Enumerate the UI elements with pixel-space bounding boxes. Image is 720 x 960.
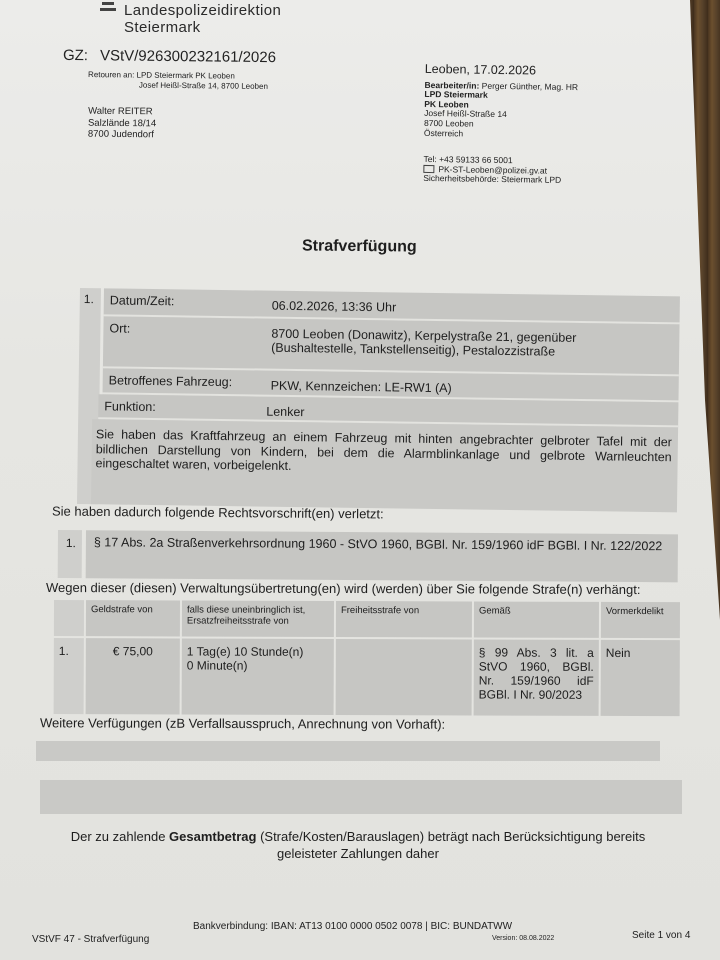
col-fine: Geldstrafe von € 75,00 — [86, 600, 182, 714]
header-record-offense: Vormerkdelikt — [601, 602, 680, 638]
agency-name: Landespolizeidirektion Steiermark — [124, 2, 281, 36]
return-address-line: Josef Heißl-Straße 14, 8700 Leoben — [88, 80, 268, 92]
penalty-table: 1. Geldstrafe von € 75,00 falls diese un… — [54, 600, 682, 716]
vehicle-value: PKW, Kennzeichen: LE-RW1 (A) — [271, 379, 452, 396]
offense-row-location: Ort: 8700 Leoben (Donawitz), Kerpelystra… — [103, 316, 680, 376]
location-line-2: (Bushaltestelle, Tankstellenseitig), Pes… — [271, 341, 555, 359]
header-fine: Geldstrafe von — [86, 600, 180, 636]
page-number: Seite 1 von 4 — [632, 930, 690, 941]
sender-authority: Sicherheitsbehörde: Steiermark LPD — [423, 174, 577, 186]
total-suffix: (Strafe/Kosten/Barauslagen) beträgt nach… — [256, 829, 645, 844]
header-number — [54, 600, 84, 636]
location-value: 8700 Leoben (Donawitz), Kerpelystraße 21… — [271, 327, 576, 359]
function-label: Funktion: — [104, 399, 156, 414]
cell-record-offense: Nein — [601, 640, 680, 716]
substitute-line-2: 0 Minute(n) — [187, 658, 329, 672]
penalties-label: Wegen dieser (diesen) Verwaltungsübertre… — [46, 580, 641, 597]
recipient-name: Walter REITER — [88, 106, 156, 118]
violation-item: 1. § 17 Abs. 2a Straßenverkehrsordnung 1… — [58, 530, 678, 582]
violations-label: Sie haben dadurch folgende Rechtsvorschr… — [52, 504, 384, 522]
header-substitute: falls diese uneinbringlich ist, Ersatzfr… — [182, 600, 334, 637]
header-imprisonment: Freiheitsstrafe von — [336, 601, 472, 637]
offense-description-text: Sie haben das Kraftfahrzeug an einem Fah… — [95, 427, 672, 479]
legal-basis-line: Nr. 159/1960 idF — [479, 673, 594, 687]
total-line-2: geleisteter Zahlungen daher — [277, 846, 439, 861]
total-amount-statement: Der zu zahlende Gesamtbetrag (Strafe/Kos… — [38, 828, 678, 862]
recipient-address: Walter REITER Salzlände 18/14 8700 Juden… — [88, 106, 156, 141]
col-number: 1. — [54, 600, 86, 714]
cell-substitute: 1 Tag(e) 10 Stunde(n) 0 Minute(n) — [182, 638, 334, 715]
file-reference: GZ:VStV/926300232161/2026 — [63, 47, 276, 66]
datetime-value: 06.02.2026, 13:36 Uhr — [272, 299, 397, 315]
location-label: Ort: — [109, 321, 130, 335]
cell-number: 1. — [54, 638, 84, 714]
substitute-line-1: 1 Tag(e) 10 Stunde(n) — [187, 644, 329, 658]
document-page: Landespolizeidirektion Steiermark Z 9831… — [0, 0, 720, 960]
place-date: Leoben, 17.02.2026 — [425, 65, 579, 77]
recipient-street: Salzlände 18/14 — [88, 117, 156, 129]
gz-value: VStV/926300232161/2026 — [100, 47, 276, 66]
clerk-name: Perger Günther, Mag. HR — [482, 80, 579, 91]
agency-line-1: Landespolizeidirektion — [124, 2, 281, 19]
agency-line-2: Steiermark — [124, 19, 281, 36]
legal-basis-line: BGBl. I Nr. 90/2023 — [479, 687, 594, 701]
col-substitute: falls diese uneinbringlich ist, Ersatzfr… — [182, 600, 336, 715]
cell-fine: € 75,00 — [86, 638, 180, 714]
function-value: Lenker — [266, 405, 304, 420]
offense-details: 1. Datum/Zeit: 06.02.2026, 13:36 Uhr Ort… — [77, 288, 680, 512]
total-prefix: Der zu zahlende — [71, 829, 169, 844]
col-imprisonment: Freiheitsstrafe von — [336, 601, 474, 715]
cell-legal-basis: § 99 Abs. 3 lit. a StVO 1960, BGBl. Nr. … — [474, 639, 599, 715]
document-title: Strafverfügung — [302, 238, 417, 257]
col-legal-basis: Gemäß § 99 Abs. 3 lit. a StVO 1960, BGBl… — [474, 601, 601, 715]
offense-description: Sie haben das Kraftfahrzeug an einem Fah… — [91, 419, 678, 512]
col-record-offense: Vormerkdelikt Nein — [601, 602, 682, 716]
gz-label: GZ: — [63, 47, 88, 64]
violation-number: 1. — [58, 530, 82, 578]
form-id: VStVF 47 - Strafverfügung — [32, 934, 149, 945]
cell-imprisonment — [336, 639, 472, 715]
further-orders-field-2 — [40, 780, 682, 814]
vehicle-label: Betroffenes Fahrzeug: — [109, 373, 233, 389]
recipient-city: 8700 Judendorf — [88, 129, 156, 141]
sender-info: Leoben, 17.02.2026 Bearbeiter/in: Perger… — [423, 65, 578, 186]
further-orders-label: Weitere Verfügungen (zB Verfallsausspruc… — [40, 715, 445, 731]
austria-logo-icon — [100, 2, 116, 14]
legal-basis-line: StVO 1960, BGBl. — [479, 659, 594, 673]
return-address: Retouren an: LPD Steiermark PK Leoben Jo… — [88, 70, 268, 92]
violation-text: § 17 Abs. 2a Straßenverkehrsordnung 1960… — [86, 530, 678, 582]
form-version: Version: 08.08.2022 — [492, 935, 554, 942]
email-icon — [423, 165, 434, 173]
header-legal-basis: Gemäß — [474, 601, 599, 637]
bank-details: Bankverbindung: IBAN: AT13 0100 0000 050… — [193, 921, 512, 932]
legal-basis-line: § 99 Abs. 3 lit. a — [479, 645, 594, 659]
further-orders-field — [36, 741, 660, 761]
datetime-label: Datum/Zeit: — [110, 293, 175, 308]
total-bold: Gesamtbetrag — [169, 829, 256, 844]
